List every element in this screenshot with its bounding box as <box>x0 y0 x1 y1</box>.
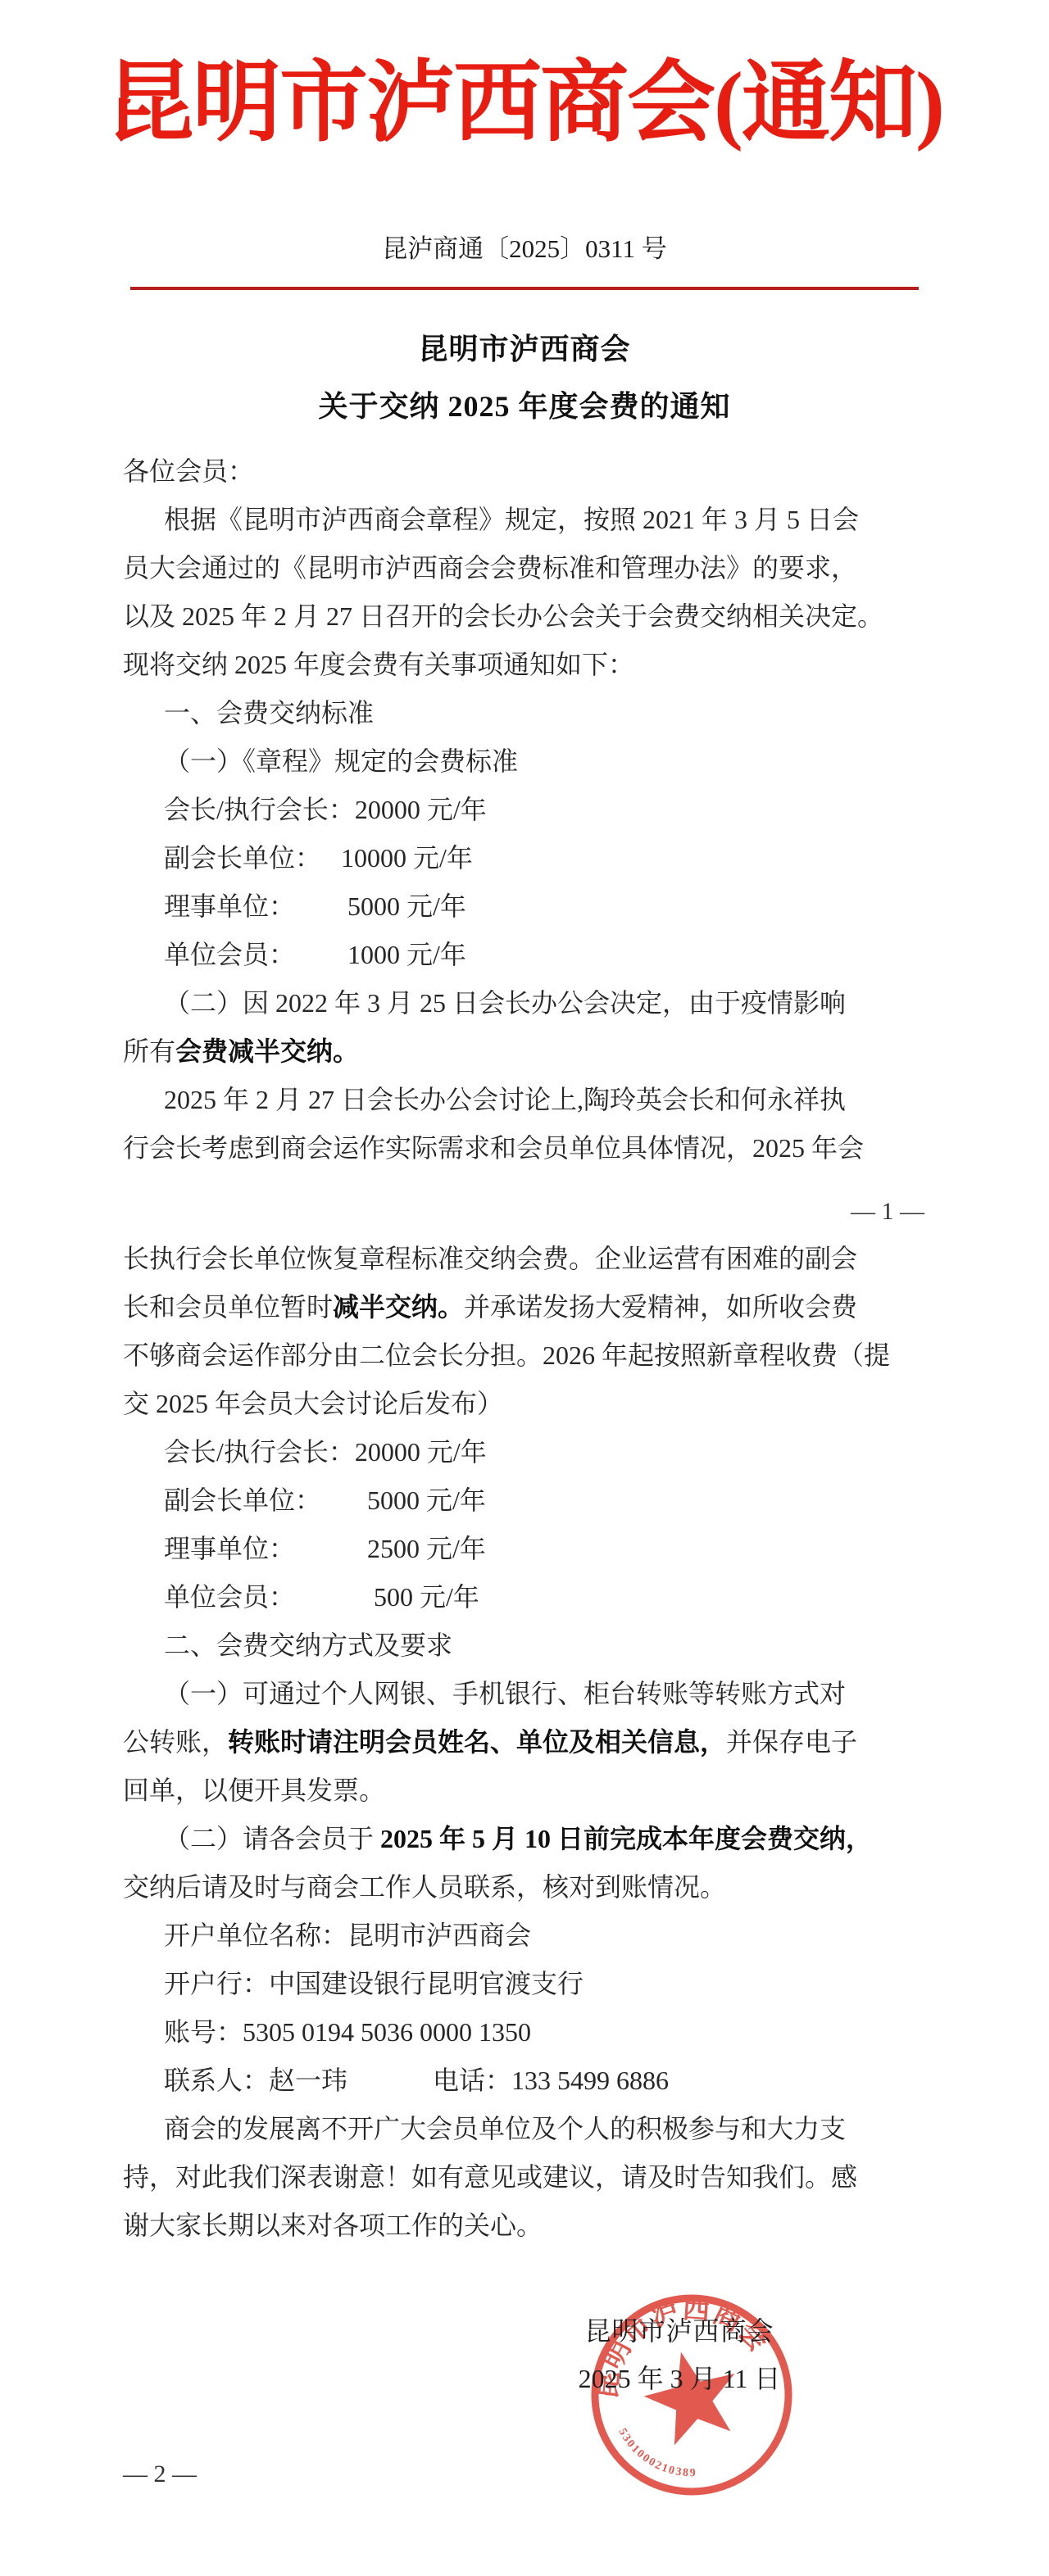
body-line: 交纳后请及时与商会工作人员联系，核对到账情况。 <box>123 1863 924 1912</box>
signature-org: 昆明市泸西商会 <box>556 2307 803 2355</box>
body-text: 会长/执行会长：20000 元/年 <box>164 1437 487 1467</box>
body-text: 各位会员： <box>123 456 254 486</box>
notice-subject-title: 关于交纳 2025 年度会费的通知 <box>0 387 1049 426</box>
body-text: 根据《昆明市泸西商会章程》规定，按照 2021 年 3 月 5 日会 <box>164 505 859 534</box>
body-text: 理事单位： 5000 元/年 <box>164 891 466 921</box>
body-text: 开户单位名称：昆明市泸西商会 <box>164 1921 531 1950</box>
notice-org-title: 昆明市泸西商会 <box>0 329 1049 369</box>
body-line: 交 2025 年会员大会讨论后发布） <box>123 1380 924 1428</box>
body-text: 副会长单位： 5000 元/年 <box>164 1485 486 1515</box>
body-line: 账号：5305 0194 5036 0000 1350 <box>123 2008 924 2057</box>
body-text: 二、会费交纳方式及要求 <box>164 1630 452 1660</box>
page-number-2: — 2 — <box>0 2456 1049 2492</box>
body-text: 不够商会运作部分由二位会长分担。2026 年起按照新章程收费（提 <box>123 1340 890 1370</box>
body-line: 谢大家长期以来对各项工作的关心。 <box>123 2202 924 2250</box>
body-text: 并承诺发扬大爱精神，如所收会费 <box>464 1292 857 1322</box>
body-line: 2025 年 2 月 27 日会长办公会讨论上,陶玲英会长和何永祥执 <box>123 1076 924 1124</box>
body-text: 现将交纳 2025 年度会费有关事项通知如下： <box>123 650 634 679</box>
signature-date: 2025 年 3 月 11 日 <box>556 2355 803 2402</box>
body-text: 以及 2025 年 2 月 27 日召开的会长办公会关于会费交纳相关决定。 <box>123 601 883 631</box>
body-line: 理事单位： 5000 元/年 <box>123 882 924 931</box>
doc-reference-number: 昆泸商通〔2025〕0311 号 <box>0 231 1049 267</box>
body-line: 副会长单位： 5000 元/年 <box>123 1476 924 1525</box>
body-text: 副会长单位： 10000 元/年 <box>164 843 473 873</box>
body-line: 联系人：赵一玮 电话：133 5499 6886 <box>123 2057 924 2105</box>
body-line: （二）请各会员于 2025 年 5 月 10 日前完成本年度会费交纳， <box>123 1815 924 1863</box>
body-line: 开户单位名称：昆明市泸西商会 <box>123 1912 924 1960</box>
body-line: （二）因 2022 年 3 月 25 日会长办公会决定，由于疫情影响 <box>123 979 924 1027</box>
body-text: 单位会员： 1000 元/年 <box>164 940 466 969</box>
body-text: 交纳后请及时与商会工作人员联系，核对到账情况。 <box>123 1872 726 1902</box>
body-text: （一）《章程》规定的会费标准 <box>164 746 518 776</box>
body-line: 行会长考虑到商会运作实际需求和会员单位具体情况，2025 年会 <box>123 1124 924 1172</box>
body-text-bold: 减半交纳。 <box>333 1292 464 1322</box>
body-text: 一、会费交纳标准 <box>164 698 374 728</box>
body-text: 长执行会长单位恢复章程标准交纳会费。企业运营有困难的副会 <box>123 1244 857 1273</box>
body-line: （一）《章程》规定的会费标准 <box>123 737 924 786</box>
notice-document-page: 昆明市泸西商会(通知) 昆泸商通〔2025〕0311 号 昆明市泸西商会 关于交… <box>0 0 1049 2576</box>
body-line: 现将交纳 2025 年度会费有关事项通知如下： <box>123 641 924 689</box>
body-line: 根据《昆明市泸西商会章程》规定，按照 2021 年 3 月 5 日会 <box>123 496 924 544</box>
body-text-bold: 会费减半交纳。 <box>175 1036 359 1066</box>
body-line: 回单，以便开具发票。 <box>123 1766 924 1815</box>
body-line: 各位会员： <box>123 447 924 496</box>
body-text: 商会的发展离不开广大会员单位及个人的积极参与和大力支 <box>164 2114 846 2143</box>
body-line: 开户行：中国建设银行昆明官渡支行 <box>123 1960 924 2008</box>
body-line: 会长/执行会长：20000 元/年 <box>123 1428 924 1476</box>
body-text: 联系人：赵一玮 电话：133 5499 6886 <box>164 2066 669 2095</box>
body-line: 二、会费交纳方式及要求 <box>123 1621 924 1670</box>
body-line: 理事单位： 2500 元/年 <box>123 1525 924 1573</box>
body-text: （一）可通过个人网银、手机银行、柜台转账等转账方式对 <box>164 1679 846 1708</box>
body-text: 行会长考虑到商会运作实际需求和会员单位具体情况，2025 年会 <box>123 1133 864 1163</box>
body-text: （二）请各会员于 <box>164 1824 380 1853</box>
body-line: 单位会员： 500 元/年 <box>123 1573 924 1621</box>
body-line: 不够商会运作部分由二位会长分担。2026 年起按照新章程收费（提 <box>123 1331 924 1380</box>
body-text: 长和会员单位暂时 <box>123 1292 333 1322</box>
signature-block: 昆明市泸西商会 2025 年 3 月 11 日 <box>556 2307 803 2402</box>
body-line: 所有会费减半交纳。 <box>123 1027 924 1076</box>
body-text: 谢大家长期以来对各项工作的关心。 <box>123 2211 543 2240</box>
body-line: 商会的发展离不开广大会员单位及个人的积极参与和大力支 <box>123 2105 924 2153</box>
notice-body: 各位会员：根据《昆明市泸西商会章程》规定，按照 2021 年 3 月 5 日会员… <box>0 447 1049 2250</box>
body-line: 以及 2025 年 2 月 27 日召开的会长办公会关于会费交纳相关决定。 <box>123 592 924 641</box>
body-text: 持，对此我们深表谢意！如有意见或建议，请及时告知我们。感 <box>123 2162 857 2192</box>
body-line: 持，对此我们深表谢意！如有意见或建议，请及时告知我们。感 <box>123 2153 924 2202</box>
body-text: 会长/执行会长：20000 元/年 <box>164 795 487 824</box>
page-number-1: — 1 — <box>123 1194 924 1230</box>
body-line: 单位会员： 1000 元/年 <box>123 931 924 979</box>
body-line: 员大会通过的《昆明市泸西商会会费标准和管理办法》的要求， <box>123 544 924 592</box>
body-text: 账号：5305 0194 5036 0000 1350 <box>164 2017 531 2047</box>
body-line: 长执行会长单位恢复章程标准交纳会费。企业运营有困难的副会 <box>123 1235 924 1283</box>
body-text-bold: 转账时请注明会员姓名、单位及相关信息， <box>228 1727 726 1757</box>
body-line: 公转账，转账时请注明会员姓名、单位及相关信息，并保存电子 <box>123 1718 924 1766</box>
body-text: 理事单位： 2500 元/年 <box>164 1534 486 1563</box>
body-text: 所有 <box>123 1036 175 1066</box>
red-divider-rule <box>130 287 919 290</box>
body-text: 2025 年 2 月 27 日会长办公会讨论上,陶玲英会长和何永祥执 <box>164 1085 846 1114</box>
body-text: 员大会通过的《昆明市泸西商会会费标准和管理办法》的要求， <box>123 553 857 583</box>
body-text-bold: 2025 年 5 月 10 日前完成本年度会费交纳， <box>380 1824 872 1853</box>
body-line: 会长/执行会长：20000 元/年 <box>123 786 924 834</box>
body-text: （二）因 2022 年 3 月 25 日会长办公会决定，由于疫情影响 <box>164 988 846 1018</box>
body-line: 一、会费交纳标准 <box>123 689 924 737</box>
banner-title: 昆明市泸西商会(通知) <box>0 51 1049 157</box>
body-text: 并保存电子 <box>726 1727 857 1757</box>
body-text: 回单，以便开具发票。 <box>123 1776 385 1805</box>
body-text: 公转账， <box>123 1727 228 1757</box>
body-text: 单位会员： 500 元/年 <box>164 1582 479 1612</box>
body-text: 开户行：中国建设银行昆明官渡支行 <box>164 1969 584 1998</box>
body-line: 长和会员单位暂时减半交纳。并承诺发扬大爱精神，如所收会费 <box>123 1283 924 1331</box>
body-line: （一）可通过个人网银、手机银行、柜台转账等转账方式对 <box>123 1670 924 1718</box>
body-line: 副会长单位： 10000 元/年 <box>123 834 924 882</box>
body-text: 交 2025 年会员大会讨论后发布） <box>123 1389 503 1418</box>
